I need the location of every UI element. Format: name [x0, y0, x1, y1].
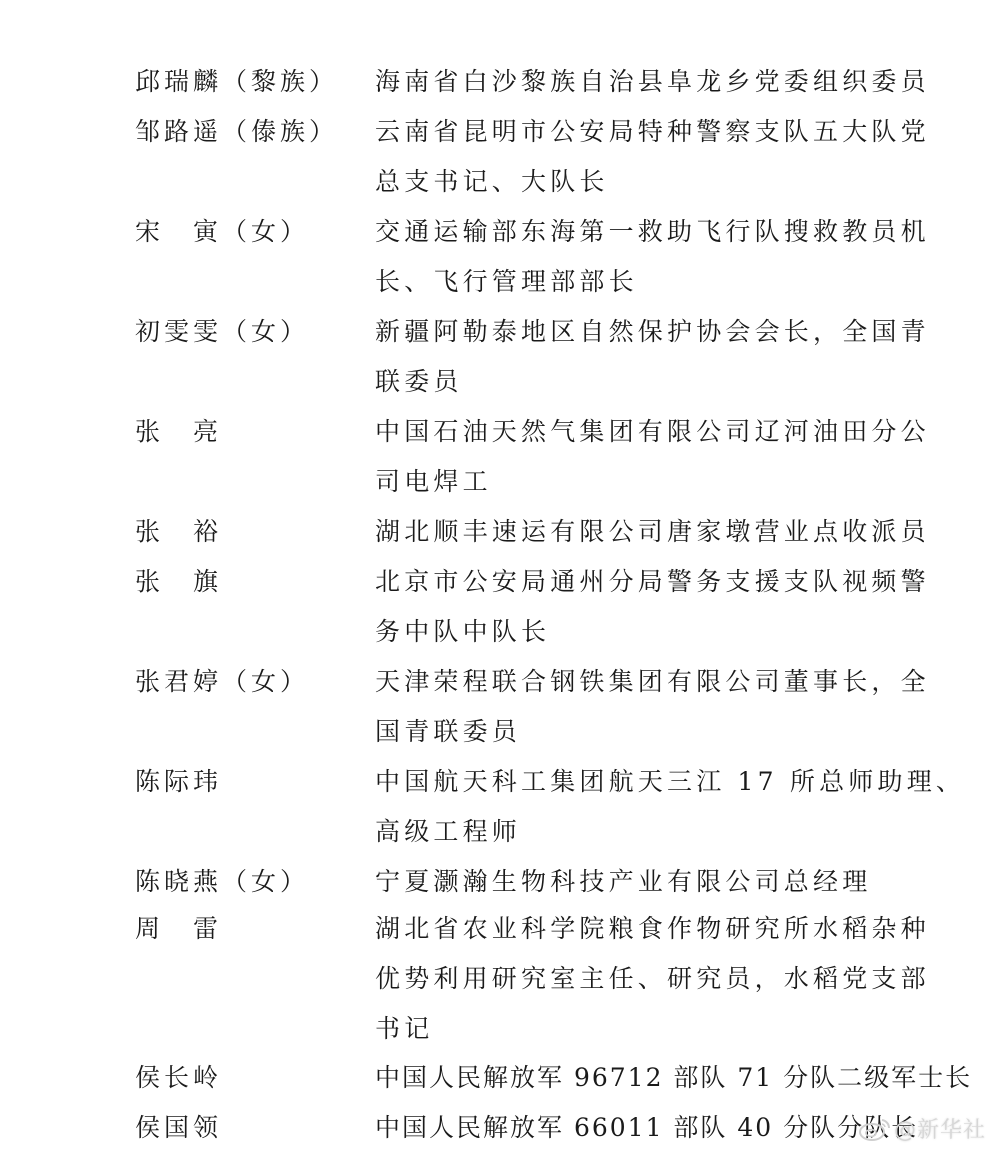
person-description: 天津荣程联合钢铁集团有限公司董事长，全 国青联委员: [375, 657, 895, 757]
description-line: 司电焊工: [375, 457, 895, 507]
weibo-icon: [858, 1115, 892, 1143]
description-line: 天津荣程联合钢铁集团有限公司董事长，全: [375, 657, 895, 707]
person-description: 海南省白沙黎族自治县阜龙乡党委组织委员: [375, 57, 895, 107]
person-description: 中国航天科工集团航天三江 17 所总师助理、 高级工程师: [375, 757, 895, 857]
description-line: 国青联委员: [375, 707, 895, 757]
person-name: 张君婷（女）: [135, 657, 309, 707]
description-line: 湖北省农业科学院粮食作物研究所水稻杂种: [375, 904, 895, 954]
person-name: 邱瑞麟（黎族）: [135, 57, 338, 107]
description-line: 宁夏灏瀚生物科技产业有限公司总经理: [375, 857, 895, 907]
description-line: 新疆阿勒泰地区自然保护协会会长，全国青: [375, 307, 895, 357]
person-description: 中国石油天然气集团有限公司辽河油田分公 司电焊工: [375, 407, 895, 507]
person-name: 邹路遥（傣族）: [135, 107, 338, 157]
person-description: 新疆阿勒泰地区自然保护协会会长，全国青 联委员: [375, 307, 895, 407]
person-name: 陈晓燕（女）: [135, 857, 309, 907]
description-line: 务中队中队长: [375, 607, 895, 657]
person-name: 宋 寅（女）: [135, 207, 309, 257]
person-name: 张 裕: [135, 507, 222, 557]
watermark: @新华社: [858, 1113, 986, 1144]
description-line: 中国人民解放军 66011 部队 40 分队分队长: [375, 1103, 895, 1153]
description-line: 海南省白沙黎族自治县阜龙乡党委组织委员: [375, 57, 895, 107]
description-line: 中国石油天然气集团有限公司辽河油田分公: [375, 407, 895, 457]
description-line: 中国人民解放军 96712 部队 71 分队二级军士长: [375, 1053, 895, 1103]
watermark-text: @新华社: [894, 1113, 986, 1144]
person-name: 陈际玮: [135, 757, 222, 807]
person-name: 侯国领: [135, 1103, 222, 1153]
person-name: 张 亮: [135, 407, 222, 457]
person-description: 云南省昆明市公安局特种警察支队五大队党 总支书记、大队长: [375, 107, 895, 207]
description-line: 优势利用研究室主任、研究员，水稻党支部: [375, 954, 895, 1004]
description-line: 书记: [375, 1004, 895, 1054]
person-description: 湖北顺丰速运有限公司唐家墩营业点收派员: [375, 507, 895, 557]
description-line: 云南省昆明市公安局特种警察支队五大队党: [375, 107, 895, 157]
person-description: 湖北省农业科学院粮食作物研究所水稻杂种 优势利用研究室主任、研究员，水稻党支部 …: [375, 904, 895, 1054]
person-description: 中国人民解放军 66011 部队 40 分队分队长: [375, 1103, 895, 1153]
person-name: 侯长岭: [135, 1053, 222, 1103]
person-name: 张 旗: [135, 557, 222, 607]
description-line: 联委员: [375, 357, 895, 407]
description-line: 高级工程师: [375, 807, 895, 857]
description-line: 长、飞行管理部部长: [375, 257, 895, 307]
document-page: 邱瑞麟（黎族） 海南省白沙黎族自治县阜龙乡党委组织委员 邹路遥（傣族） 云南省昆…: [0, 0, 1000, 1159]
person-description: 宁夏灏瀚生物科技产业有限公司总经理: [375, 857, 895, 907]
description-line: 交通运输部东海第一救助飞行队搜救教员机: [375, 207, 895, 257]
description-line: 总支书记、大队长: [375, 157, 895, 207]
person-description: 北京市公安局通州分局警务支援支队视频警 务中队中队长: [375, 557, 895, 657]
person-name: 周 雷: [135, 904, 222, 954]
description-line: 湖北顺丰速运有限公司唐家墩营业点收派员: [375, 507, 895, 557]
person-description: 中国人民解放军 96712 部队 71 分队二级军士长: [375, 1053, 895, 1103]
person-name: 初雯雯（女）: [135, 307, 309, 357]
description-line: 中国航天科工集团航天三江 17 所总师助理、: [375, 757, 895, 807]
person-description: 交通运输部东海第一救助飞行队搜救教员机 长、飞行管理部部长: [375, 207, 895, 307]
description-line: 北京市公安局通州分局警务支援支队视频警: [375, 557, 895, 607]
